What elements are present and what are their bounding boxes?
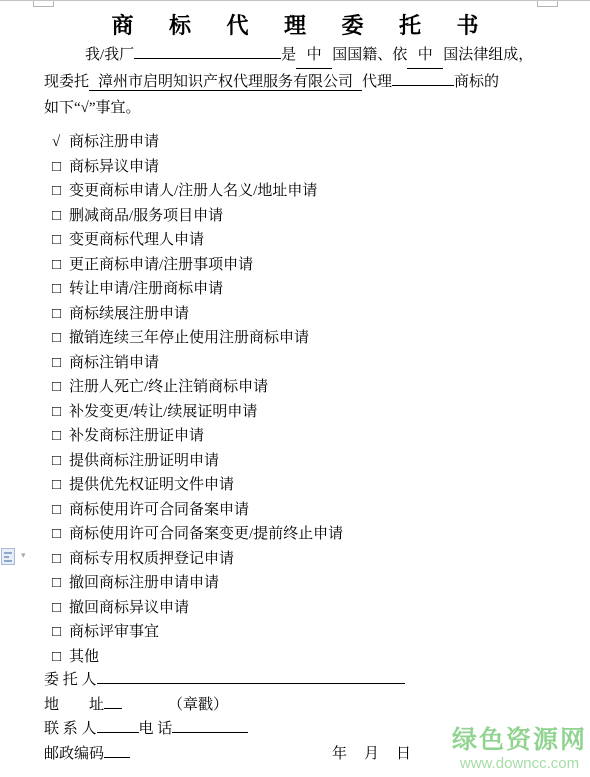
checkbox-icon: □ [52,326,69,351]
watermark-site-name: 绿色资源网 [452,726,587,755]
checklist-item-label: 撤回商标异议申请 [69,600,189,616]
checklist-item: □商标续展注册申请 [52,302,343,327]
checklist-item-label: 商标评审事宜 [69,624,159,640]
checkbox-icon: □ [52,179,69,204]
intro-paragraph: 我/我厂是中国国籍、依中国法律组成， 现委托漳州市启明知识产权代理服务有限公司代… [44,42,556,121]
checklist-item-label: 撤回商标注册申请申请 [69,575,219,591]
checkbox-icon: □ [52,645,69,670]
blank-line-postcode [104,742,130,758]
blank-line-trademark [392,70,454,86]
checklist-item-label: 转让申请/注册商标申请 [69,281,223,297]
checkbox-icon: □ [52,424,69,449]
intro-line2-end: 商标的 [454,74,499,90]
checkbox-icon: □ [52,473,69,498]
checklist-item-label: 变更商标申请人/注册人名义/地址申请 [69,183,317,199]
chevron-down-icon[interactable]: ▾ [21,551,26,561]
consignor-row: 委 托 人 [44,668,464,693]
checkbox-icon: □ [52,400,69,425]
checklist-item: □提供优先权证明文件申请 [52,473,343,498]
blank-line-phone [172,717,248,733]
postcode-row: 邮政编码年 月 日 [44,742,464,767]
checklist-item-label: 注册人死亡/终止注销商标申请 [69,379,268,395]
filled-blank-nationality: 中 [296,42,332,69]
checklist-item-label: 商标使用许可合同备案申请 [69,502,249,518]
checkbox-icon: □ [52,596,69,621]
address-row: 地 址（章戳） [44,693,464,718]
checkbox-icon: □ [52,155,69,180]
page-top-boundary [0,0,590,1]
checklist-item-label: 商标专用权质押登记申请 [69,551,234,567]
checklist-item: □撤回商标注册申请申请 [52,571,343,596]
address-label: 地 址 [44,697,104,713]
watermark-site-url: www.downcc.com [452,755,587,772]
checklist-item-label: 补发商标注册证申请 [69,428,204,444]
paste-options-icon[interactable] [1,548,15,565]
document-page: 商 标 代 理 委 托 书 我/我厂是中国国籍、依中国法律组成， 现委托漳州市启… [0,0,590,777]
checkbox-icon: □ [52,228,69,253]
checklist-item-label: 补发变更/转让/续展证明申请 [69,404,257,420]
checkbox-icon: □ [52,522,69,547]
checkbox-icon: □ [52,351,69,376]
checklist-item: □注册人死亡/终止注销商标申请 [52,375,343,400]
checklist-item: □撤销连续三年停止使用注册商标申请 [52,326,343,351]
intro-line1-pre: 我/我厂 [85,47,134,63]
checklist-item-label: 删减商品/服务项目申请 [69,208,223,224]
checklist-item-label: 商标注销申请 [69,355,159,371]
checklist-item: □其他 [52,645,343,670]
checklist-item-label: 商标注册申请 [69,134,159,150]
paste-options-smart-tag[interactable]: ▾ [0,547,32,567]
intro-line2-pre: 现委托 [44,74,89,90]
checklist-item: □提供商标注册证明申请 [52,449,343,474]
checkbox-icon: □ [52,571,69,596]
filled-blank-agency-company: 漳州市启明知识产权代理服务有限公司 [89,74,362,91]
consignor-label: 委 托 人 [44,672,97,688]
blank-line-name [134,43,281,59]
filled-blank-law: 中 [407,42,443,69]
checklist-item: □变更商标申请人/注册人名义/地址申请 [52,179,343,204]
checklist-item-label: 提供优先权证明文件申请 [69,477,234,493]
checklist-item-label: 更正商标申请/注册事项申请 [69,257,253,273]
checklist-item-label: 商标异议申请 [69,159,159,175]
checklist-item: □更正商标申请/注册事项申请 [52,253,343,278]
date-placeholder: 年 月 日 [332,746,412,762]
blank-line-address [104,693,122,709]
site-watermark: 绿色资源网 www.downcc.com [452,726,587,772]
margin-corner-mark-right [537,1,558,7]
checklist-item: □补发变更/转让/续展证明申请 [52,400,343,425]
checkbox-icon: □ [52,449,69,474]
checklist-item-label: 商标续展注册申请 [69,306,189,322]
checkbox-icon: □ [52,375,69,400]
checklist-item: □商标使用许可合同备案申请 [52,498,343,523]
checklist-item: □商标注销申请 [52,351,343,376]
blank-line-contact [97,717,139,733]
checklist-item: □商标评审事宜 [52,620,343,645]
margin-corner-mark-left [33,1,54,7]
checklist-item: □转让申请/注册商标申请 [52,277,343,302]
checklist-item: □变更商标代理人申请 [52,228,343,253]
checkbox-icon: □ [52,498,69,523]
checkmark-icon: √ [52,130,69,155]
checklist-item: □商标使用许可合同备案变更/提前终止申请 [52,522,343,547]
contact-label: 联 系 人 [44,721,97,737]
intro-line2-agent: 代理 [362,74,392,90]
checklist-item: □商标专用权质押登记申请 [52,547,343,572]
checklist-item-label: 其他 [69,649,99,665]
checklist-item-label: 商标使用许可合同备案变更/提前终止申请 [69,526,343,542]
page-title: 商 标 代 理 委 托 书 [0,9,590,40]
checklist-item-label: 提供商标注册证明申请 [69,453,219,469]
signature-block: 委 托 人 地 址（章戳） 联 系 人电 话 邮政编码年 月 日 [44,668,464,766]
checkbox-icon: □ [52,253,69,278]
intro-line1-end: 国法律组成， [443,47,533,63]
checklist-item: □商标异议申请 [52,155,343,180]
intro-line1-mid: 国国籍、依 [332,47,407,63]
intro-line-1: 我/我厂是中国国籍、依中国法律组成， [44,42,556,69]
phone-label: 电 话 [139,721,173,737]
checklist-item-label: 撤销连续三年停止使用注册商标申请 [69,330,309,346]
intro-line-3: 如下“√”事宜。 [44,95,556,121]
checklist-item: √商标注册申请 [52,130,343,155]
checklist-item: □补发商标注册证申请 [52,424,343,449]
matters-checklist: √商标注册申请 □商标异议申请 □变更商标申请人/注册人名义/地址申请 □删减商… [52,130,343,669]
checklist-item: □删减商品/服务项目申请 [52,204,343,229]
checkbox-icon: □ [52,302,69,327]
checklist-item-label: 变更商标代理人申请 [69,232,204,248]
checkbox-icon: □ [52,547,69,572]
checkbox-icon: □ [52,620,69,645]
blank-line-consignor [97,668,405,684]
checklist-item: □撤回商标异议申请 [52,596,343,621]
seal-note: （章戳） [168,697,228,713]
checkbox-icon: □ [52,204,69,229]
intro-line1-is: 是 [281,47,296,63]
intro-line-2: 现委托漳州市启明知识产权代理服务有限公司代理商标的 [44,69,556,95]
checkbox-icon: □ [52,277,69,302]
contact-row: 联 系 人电 话 [44,717,464,742]
postcode-label: 邮政编码 [44,746,104,762]
